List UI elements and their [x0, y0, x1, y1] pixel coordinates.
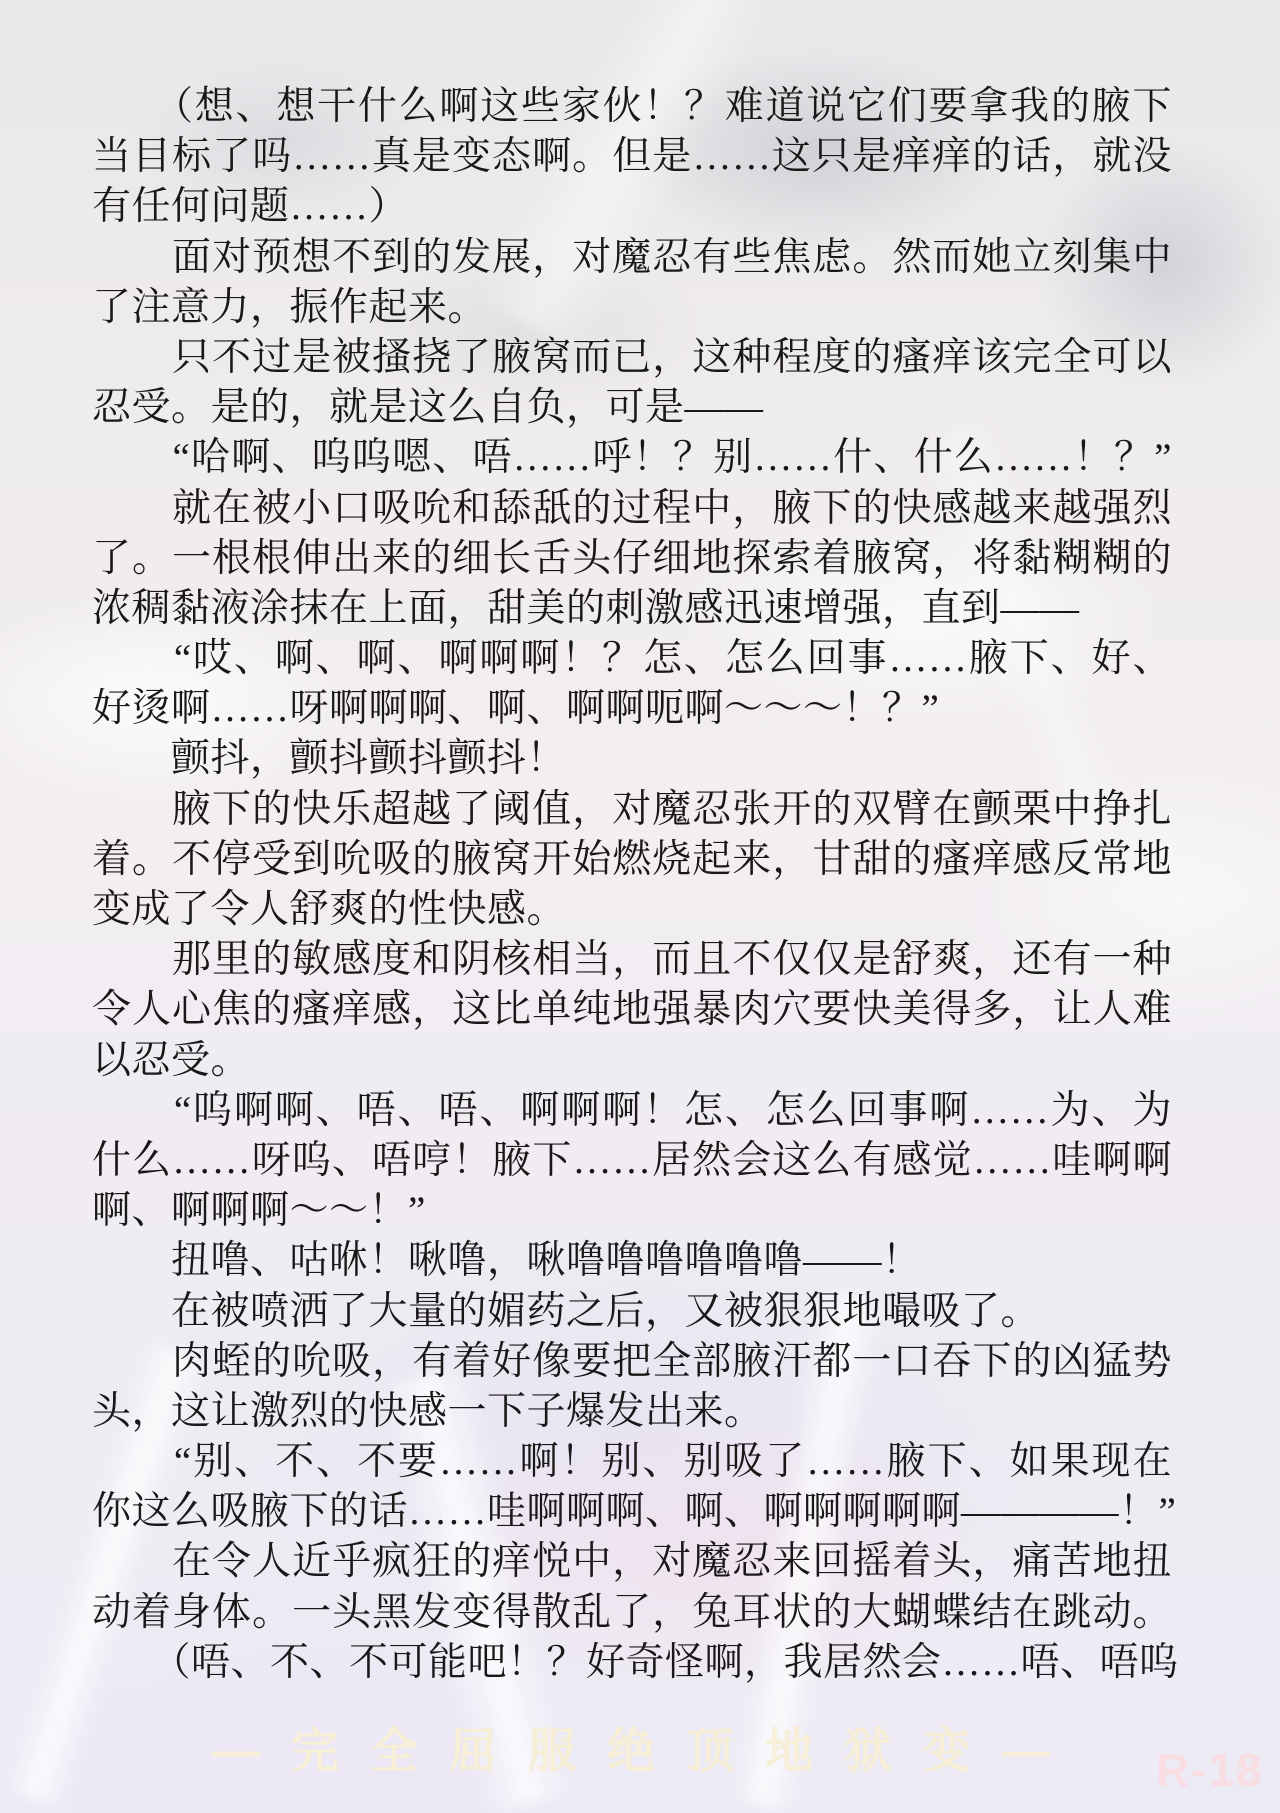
text-line: 当目标了吗……真是变态啊。但是……这只是痒痒的话，就没: [92, 132, 1172, 182]
text-line: “别、不、不要……啊！别、别吸了……腋下、如果现在: [92, 1437, 1172, 1487]
series-title-watermark: —完全屈服绝顶地狱变—: [212, 1722, 1081, 1782]
text-line: 腋下的快乐超越了阈值，对魔忍张开的双臂在颤栗中挣扎: [92, 785, 1172, 835]
text-line: 令人心焦的瘙痒感，这比单纯地强暴肉穴要快美得多，让人难: [92, 985, 1172, 1035]
text-line: 扭噜、咕咻！啾噜，啾噜噜噜噜噜噜——！: [92, 1236, 1172, 1286]
rating-r18-watermark: R-18: [1156, 1745, 1264, 1795]
text-line: 面对预想不到的发展，对魔忍有些焦虑。然而她立刻集中: [92, 233, 1172, 283]
text-line: 动着身体。一头黑发变得散乱了，兔耳状的大蝴蝶结在跳动。: [92, 1588, 1172, 1638]
text-line: 了。一根根伸出来的细长舌头仔细地探索着腋窝，将黏糊糊的: [92, 534, 1172, 584]
text-line: 在令人近乎疯狂的痒悦中，对魔忍来回摇着头，痛苦地扭: [92, 1537, 1172, 1587]
text-line: 在被喷洒了大量的媚药之后，又被狠狠地嘬吸了。: [92, 1287, 1172, 1337]
text-line: 变成了令人舒爽的性快感。: [92, 885, 1172, 935]
text-line: 头，这让激烈的快感一下子爆发出来。: [92, 1387, 1172, 1437]
text-line: 浓稠黏液涂抹在上面，甜美的刺激感迅速增强，直到——: [92, 584, 1172, 634]
text-line: （唔、不、不可能吧！？好奇怪啊，我居然会……唔、唔呜: [92, 1638, 1172, 1688]
text-line: 着。不停受到吮吸的腋窝开始燃烧起来，甘甜的瘙痒感反常地: [92, 835, 1172, 885]
text-line: 那里的敏感度和阴核相当，而且不仅仅是舒爽，还有一种: [92, 935, 1172, 985]
text-line: 什么……呀呜、唔哼！腋下……居然会这么有感觉……哇啊啊: [92, 1136, 1172, 1186]
text-line: “呜啊啊、唔、唔、啊啊啊！怎、怎么回事啊……为、为: [92, 1086, 1172, 1136]
text-line: 就在被小口吸吮和舔舐的过程中，腋下的快感越来越强烈: [92, 484, 1172, 534]
text-line: 了注意力，振作起来。: [92, 283, 1172, 333]
text-line: “哎、啊、啊、啊啊啊！？怎、怎么回事……腋下、好、: [92, 634, 1172, 684]
novel-page: （想、想干什么啊这些家伙！？难道说它们要拿我的腋下当目标了吗……真是变态啊。但是…: [0, 0, 1280, 1813]
text-line: “哈啊、呜呜嗯、唔……呼！？别……什、什么……！？”: [92, 433, 1172, 483]
text-line: 忍受。是的，就是这么自负，可是——: [92, 383, 1172, 433]
text-line: 啊、啊啊啊～～！”: [92, 1186, 1172, 1236]
body-text: （想、想干什么啊这些家伙！？难道说它们要拿我的腋下当目标了吗……真是变态啊。但是…: [92, 82, 1172, 1696]
text-line: （想、想干什么啊这些家伙！？难道说它们要拿我的腋下: [92, 82, 1172, 132]
text-line: 好烫啊……呀啊啊啊、啊、啊啊呃啊～～～！？”: [92, 684, 1172, 734]
text-line: 你这么吸腋下的话……哇啊啊啊、啊、啊啊啊啊啊————！”: [92, 1487, 1172, 1537]
text-line: 颤抖，颤抖颤抖颤抖！: [92, 734, 1172, 784]
text-line: 有任何问题……）: [92, 182, 1172, 232]
text-line: 只不过是被搔挠了腋窝而已，这种程度的瘙痒该完全可以: [92, 333, 1172, 383]
text-line: 以忍受。: [92, 1036, 1172, 1086]
text-line: 肉蛭的吮吸，有着好像要把全部腋汗都一口吞下的凶猛势: [92, 1337, 1172, 1387]
